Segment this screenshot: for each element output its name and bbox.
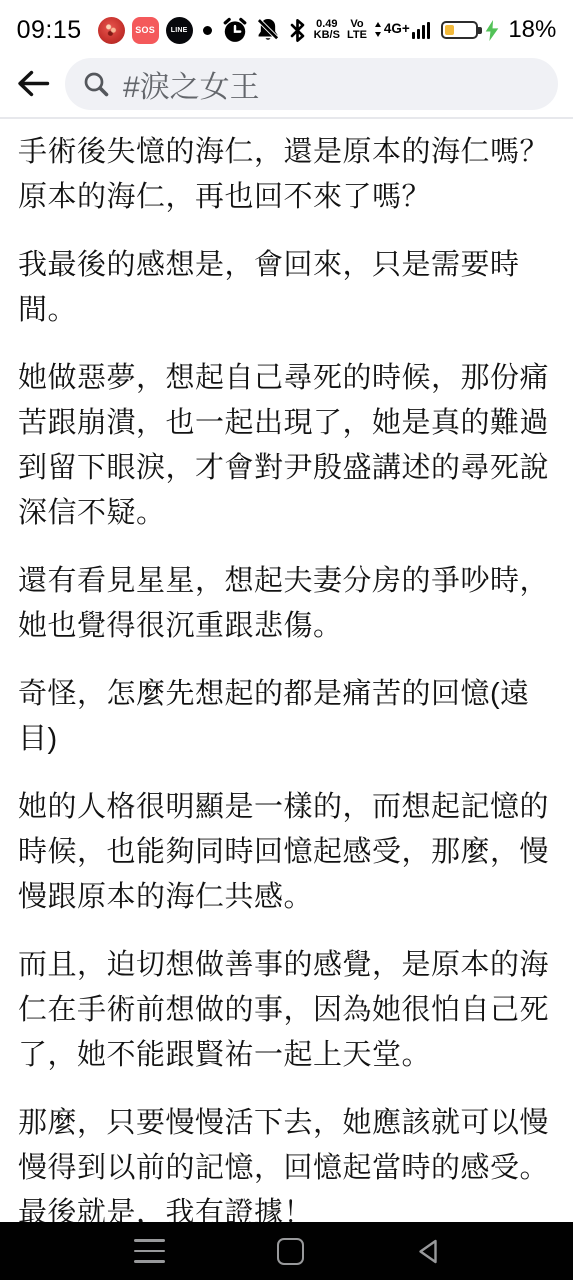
back-arrow-icon: [16, 69, 50, 98]
post-paragraph: 奇怪，怎麼先想起的都是痛苦的回憶(遠目): [18, 672, 555, 762]
battery-fill: [445, 25, 454, 35]
search-icon: [82, 70, 110, 98]
signal-indicator: 4G+: [374, 22, 430, 39]
back-nav-button[interactable]: [412, 1234, 444, 1269]
battery-icon: [441, 21, 478, 39]
volte-bottom: LTE: [347, 30, 367, 42]
sos-label: SOS: [135, 25, 155, 35]
network-speed: 0.49 KB/S: [314, 19, 340, 42]
post-paragraph: 她做惡夢，想起自己尋死的時候，那份痛苦跟崩潰，也一起出現了，她是真的難過到留下眼…: [18, 356, 555, 536]
volte-indicator: Vo LTE: [347, 19, 367, 42]
bluetooth-icon: [288, 18, 307, 43]
line-label: LINE: [171, 27, 188, 34]
post-paragraph: 手術後失憶的海仁，還是原本的海仁嗎？原本的海仁，再也回不來了嗎？: [18, 130, 555, 220]
post-paragraph: 她的人格很明顯是一樣的，而想起記憶的時候，也能夠同時回憶起感受，那麼，慢慢跟原本…: [18, 785, 555, 920]
mute-icon: [255, 17, 281, 43]
battery-percent: 18%: [508, 16, 556, 44]
network-speed-unit: KB/S: [314, 30, 340, 42]
home-icon: [277, 1238, 304, 1265]
network-type-label: 4G+: [384, 22, 410, 36]
alarm-icon: [222, 17, 248, 43]
post-content: 手術後失憶的海仁，還是原本的海仁嗎？原本的海仁，再也回不來了嗎？我最後的感想是，…: [0, 119, 573, 1236]
charging-icon: [485, 20, 499, 41]
back-icon: [416, 1238, 440, 1265]
sos-app-icon: SOS: [132, 17, 159, 44]
post-paragraph: 那麼，只要慢慢活下去，她應該就可以慢慢得到以前的記憶，回憶起當時的感受。最後就是…: [18, 1101, 555, 1236]
recents-button[interactable]: [130, 1235, 169, 1267]
signal-bars-icon: [412, 22, 431, 39]
phone-screen: 09:15 SOS LINE 0.49 KB/S Vo LTE: [0, 0, 573, 1280]
back-button[interactable]: [14, 67, 52, 100]
status-bar: 09:15 SOS LINE 0.49 KB/S Vo LTE: [0, 0, 573, 56]
post-paragraph: 還有看見星星，想起夫妻分房的爭吵時，她也覺得很沉重跟悲傷。: [18, 559, 555, 649]
search-input[interactable]: #淚之女王: [65, 58, 558, 110]
search-query: #淚之女王: [123, 62, 260, 106]
recents-icon: [134, 1239, 165, 1263]
post-paragraph: 而且，迫切想做善事的感覺，是原本的海仁在手術前想做的事，因為她很怕自己死了，她不…: [18, 943, 555, 1078]
post-paragraph: 我最後的感想是，會回來，只是需要時間。: [18, 243, 555, 333]
line-app-icon: LINE: [166, 17, 193, 44]
red-app-notification-icon: [98, 17, 125, 44]
home-button[interactable]: [273, 1234, 308, 1269]
clock: 09:15: [17, 16, 82, 45]
android-nav-bar: [0, 1222, 573, 1280]
search-header: #淚之女王: [0, 56, 573, 119]
notification-dot-icon: [203, 26, 212, 35]
data-arrows-icon: [374, 22, 382, 37]
